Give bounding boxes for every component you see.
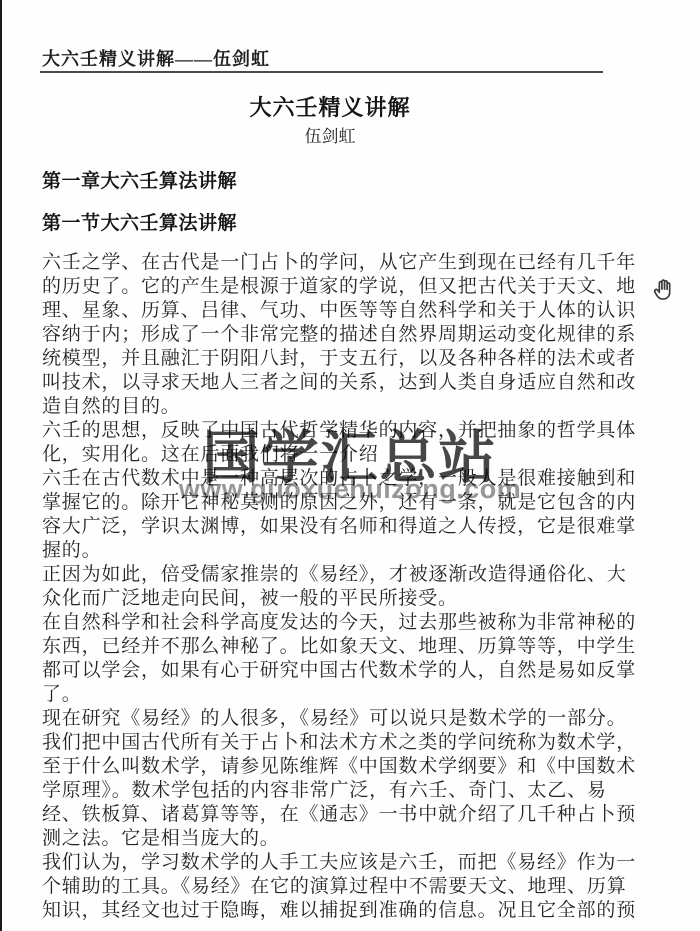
body-text-line: 个辅助的工具。《易经》在它的演算过程中不需要天文、地理、历算: [42, 875, 662, 899]
grab-hand-cursor-icon: [650, 277, 677, 304]
section-heading: 第一节大六壬算法讲解: [42, 208, 237, 235]
body-text-line: 至于什么叫数术学，请参见陈维辉《中国数术学纲要》和《中国数术: [42, 755, 662, 779]
body-text-line: 正因为如此，倍受儒家推崇的《易经》，才被逐渐改造得通俗化、大: [42, 563, 662, 587]
body-text-line: 容大广泛，学识太渊博，如果没有名师和得道之人传授，它是很难掌: [42, 515, 662, 539]
body-text-line: 我们把中国古代所有关于占卜和法术方术之类的学问统称为数术学，: [42, 731, 662, 755]
body-text-line: 六壬在古代数术中是一种高层次的占卜之学，一般人是很难接触到和: [42, 467, 662, 491]
body-text-line: 知识，其经文也过于隐晦，难以捕捉到准确的信息。况且它全部的预: [42, 899, 662, 923]
document-page[interactable]: 大六壬精义讲解——伍剑虹 大六壬精义讲解 伍剑虹 第一章大六壬算法讲解 第一节大…: [0, 0, 700, 931]
body-text-line: 了。: [42, 683, 662, 707]
body-text-line: 我们认为，学习数术学的人手工夫应该是六壬，而把《易经》作为一: [42, 851, 662, 875]
running-header: 大六壬精义讲解——伍剑虹: [42, 45, 270, 71]
body-text-line: 都可以学会，如果有心于研究中国古代数术学的人，自然是易如反掌: [42, 659, 662, 683]
body-text-line: 学原理》。数术学包括的内容非常广泛，有六壬、奇门、太乙、易: [42, 779, 662, 803]
body-text-line: 统模型，并且融汇于阴阳八封，于支五行，以及各种各样的法术或者: [42, 347, 662, 371]
body-text-line: 测之法。它是相当庞大的。: [42, 827, 662, 851]
body-text-line: 在自然科学和社会科学高度发达的今天，过去那些被称为非常神秘的: [42, 611, 662, 635]
body-text-line: 众化而广泛地走向民间，被一般的平民所接受。: [42, 587, 662, 611]
body-text-line: 东西，已经并不那么神秘了。比如象天文、地理、历算等等，中学生: [42, 635, 662, 659]
body-text-line: 容纳于内；形成了一个非常完整的描述自然界周期运动变化规律的系: [42, 323, 662, 347]
body-text-line: 理、星象、历算、吕律、气功、中医等等自然科学和关于人体的认识: [42, 299, 662, 323]
body-text-line: 六壬的思想，反映了中国古代哲学精华的内容，并把抽象的哲学具体: [42, 419, 662, 443]
document-title: 大六壬精义讲解: [0, 91, 660, 122]
body-text-line: 的历史了。它的产生是根源于道家的学说，但又把古代关于天文、地: [42, 275, 662, 299]
body-text-line: 叫技术，以寻求天地人三者之间的关系，达到人类自身适应自然和改: [42, 371, 662, 395]
header-divider-rule: [40, 71, 603, 73]
body-text-line: 造自然的目的。: [42, 395, 662, 419]
body-text-line: 掌握它的。除开它神秘莫测的原因之外，还有一条，就是它包含的内: [42, 491, 662, 515]
body-text-line: 现在研究《易经》的人很多，《易经》可以说只是数术学的一部分。: [42, 707, 662, 731]
chapter-heading: 第一章大六壬算法讲解: [42, 166, 237, 193]
body-text-line: 化，实用化。这在后面我们将一一介绍: [42, 443, 662, 467]
document-author: 伍剑虹: [0, 122, 660, 147]
body-text-line: 经、铁板算、诸葛算等等，在《通志》一书中就介绍了几千种占卜预: [42, 803, 662, 827]
body-text-line: 六壬之学、在古代是一门占卜的学问，从它产生到现在已经有几千年: [42, 251, 662, 275]
body-text-block: 六壬之学、在古代是一门占卜的学问，从它产生到现在已经有几千年的历史了。它的产生是…: [42, 251, 662, 923]
body-text-line: 握的。: [42, 539, 662, 563]
